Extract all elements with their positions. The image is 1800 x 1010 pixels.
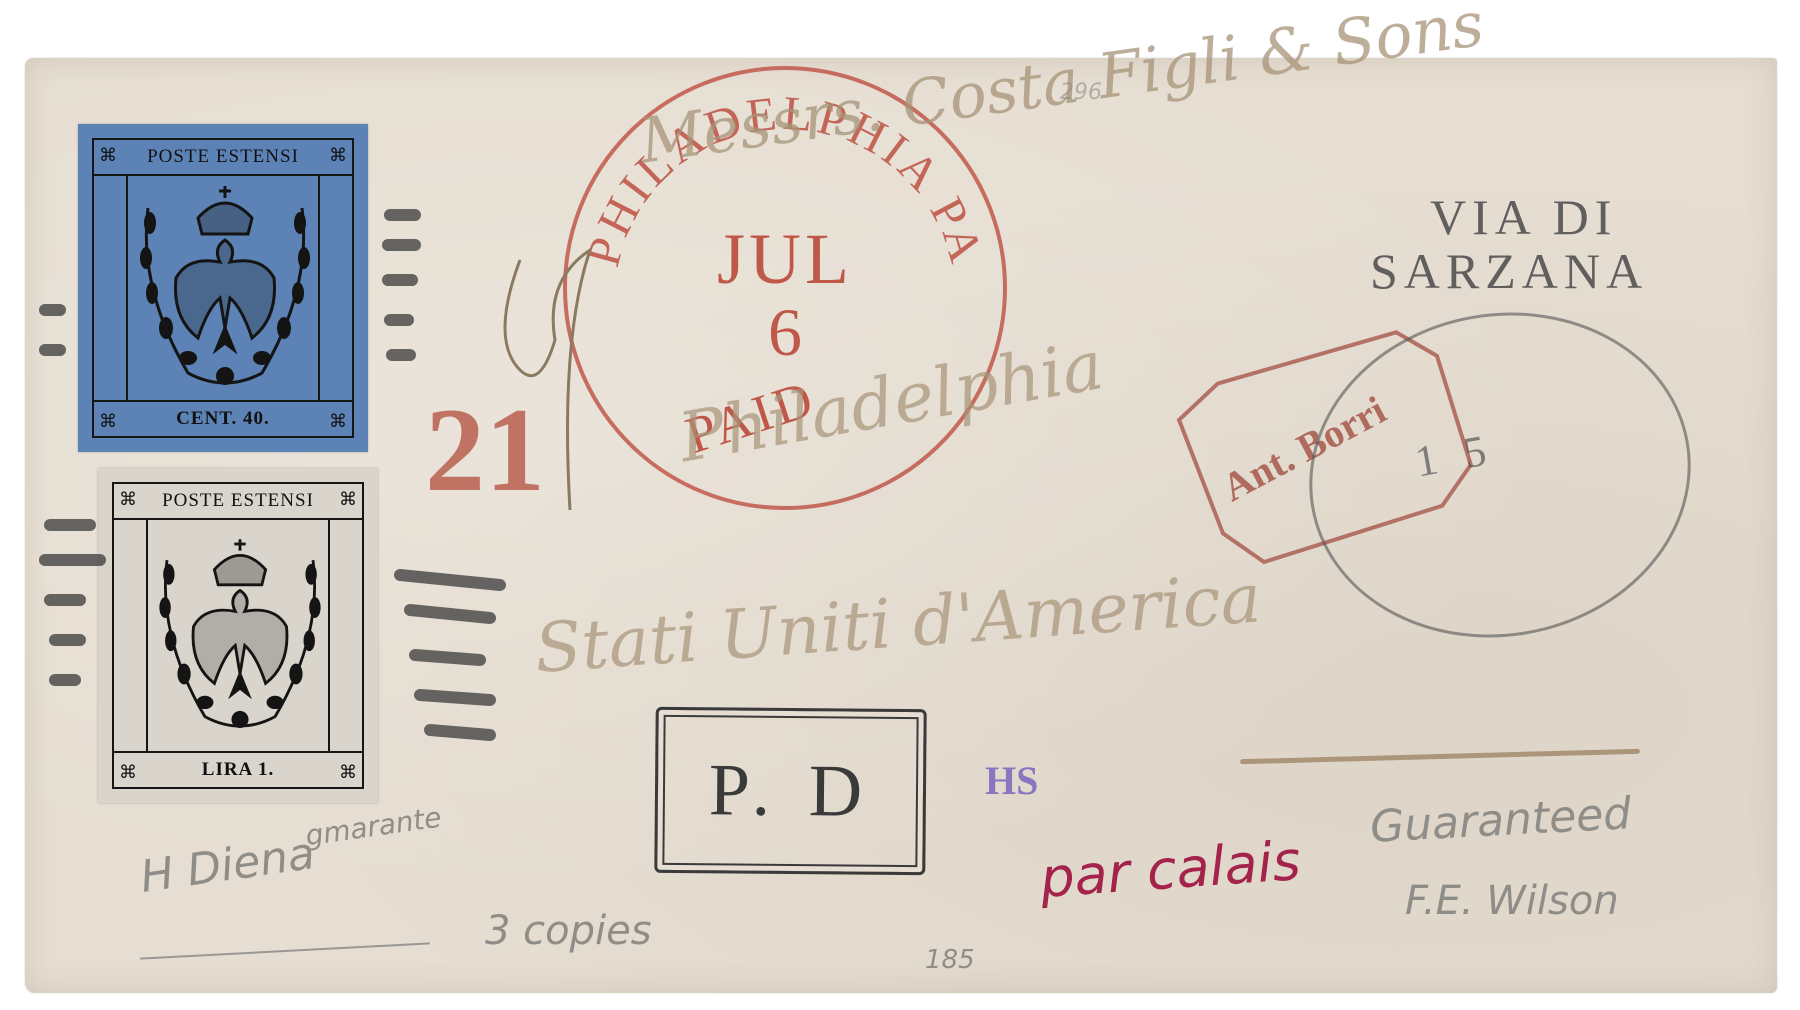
corner-ornament-icon: ⌘ bbox=[94, 140, 122, 170]
stamp-header: POSTE ESTENSI bbox=[94, 140, 352, 176]
pd-text: P. D bbox=[658, 750, 924, 832]
pencil-note-top: 296 bbox=[1060, 80, 1102, 105]
route-marking: VIA DI SARZANA bbox=[1370, 190, 1648, 298]
route-line-1: VIA DI bbox=[1370, 190, 1648, 244]
oval-transit-postmark bbox=[1300, 305, 1700, 645]
manuscript-rate-flourish bbox=[500, 220, 640, 520]
hs-mark: HS bbox=[985, 757, 1038, 804]
pencil-note-number: 185 bbox=[925, 945, 975, 975]
guarantee-signature: F.E. Wilson bbox=[1405, 878, 1619, 924]
pencil-note-copies: 3 copies bbox=[485, 908, 652, 954]
corner-ornament-icon: ⌘ bbox=[324, 140, 352, 170]
route-line-2: SARZANA bbox=[1370, 244, 1648, 298]
pd-box-mark: P. D bbox=[654, 707, 926, 875]
